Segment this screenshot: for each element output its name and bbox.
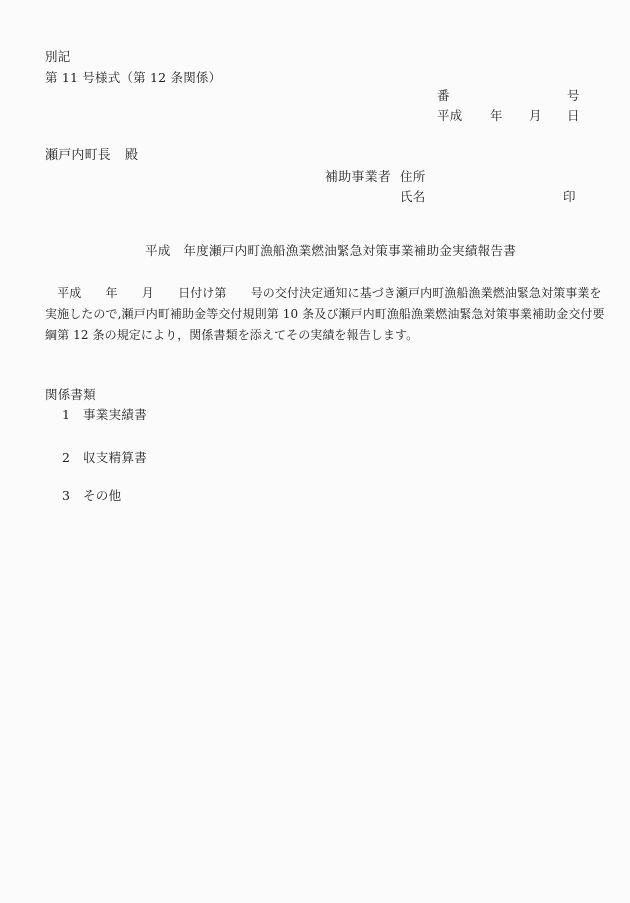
addressee-honorific: 殿 [125, 149, 138, 162]
addressee-title: 瀬戸内町長 [45, 149, 111, 162]
doc-number-prefix: 番 [437, 90, 450, 103]
remark-label: 別記 [45, 51, 70, 64]
applicant-address-label: 住所 [400, 171, 425, 184]
date-month-label: 月 [529, 110, 542, 123]
attachment-item-number: 3 [62, 490, 70, 503]
date-era-label: 平成 [437, 110, 462, 123]
attachments-heading: 関係書類 [45, 389, 96, 402]
date-day-label: 日 [567, 110, 580, 123]
form-code: 第 11 号様式（第 12 条関係） [45, 72, 221, 85]
doc-number-suffix: 号 [567, 90, 580, 103]
attachment-item-label: 事業実績書 [83, 409, 147, 422]
body-paragraph-line-2: 実施したので,瀬戸内町補助金等交付規則第 10 条及び瀬戸内町漁船漁業燃油緊急対… [45, 308, 605, 320]
attachment-item-label: 収支精算書 [83, 452, 147, 465]
body-paragraph-line-1: 平成 年 月 日付け第 号の交付決定通知に基づき瀬戸内町漁船漁業燃油緊急対策事業… [45, 287, 602, 299]
attachment-item-number: 2 [62, 452, 70, 465]
seal-mark: 印 [563, 191, 576, 204]
date-year-label: 年 [490, 110, 503, 123]
attachment-item-label: その他 [83, 490, 121, 503]
document-title: 平成 年度瀬戸内町漁船漁業燃油緊急対策事業補助金実績報告書 [145, 245, 516, 258]
document-page: 別記 第 11 号様式（第 12 条関係） 番 号 平成 年 月 日 瀬戸内町長… [0, 0, 630, 903]
applicant-name-label: 氏名 [400, 191, 425, 204]
attachment-item-number: 1 [62, 409, 70, 422]
applicant-role-label: 補助事業者 [325, 171, 391, 184]
body-paragraph-line-3: 綱第 12 条の規定により，関係書類を添えてその実績を報告します。 [45, 329, 418, 341]
